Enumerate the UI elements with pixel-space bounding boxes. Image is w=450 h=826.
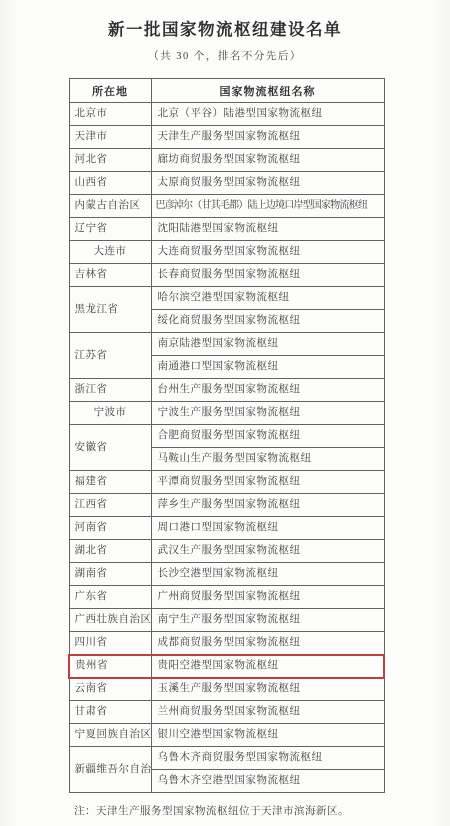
- table-row: 内蒙古自治区巴彦淖尔（甘其毛都）陆上边境口岸型国家物流枢纽: [69, 195, 384, 218]
- location-cell: 宁夏回族自治区: [69, 724, 151, 747]
- table-row: 北京市北京（平谷）陆港型国家物流枢纽: [69, 103, 384, 126]
- hub-table: 所在地 国家物流枢纽名称 北京市北京（平谷）陆港型国家物流枢纽天津市天津生产服务…: [68, 78, 385, 793]
- location-cell: 吉林省: [69, 264, 151, 287]
- hub-name-cell: 长沙空港型国家物流枢纽: [151, 563, 384, 586]
- hub-name-cell: 天津生产服务型国家物流枢纽: [151, 126, 384, 149]
- hub-name-cell: 南京陆港型国家物流枢纽: [151, 333, 384, 356]
- hub-name-cell: 沈阳陆港型国家物流枢纽: [151, 218, 384, 241]
- location-cell: 北京市: [69, 103, 151, 126]
- location-cell: 新疆维吾尔自治区: [69, 747, 151, 793]
- location-cell: 福建省: [69, 471, 151, 494]
- hub-name-cell: 南宁生产服务型国家物流枢纽: [151, 609, 384, 632]
- hub-name-cell: 哈尔滨空港型国家物流枢纽: [151, 287, 384, 310]
- hub-name-cell: 萍乡生产服务型国家物流枢纽: [151, 494, 384, 517]
- hub-name-cell: 乌鲁木齐空港型国家物流枢纽: [151, 770, 384, 793]
- hub-name-cell: 平潭商贸服务型国家物流枢纽: [151, 471, 384, 494]
- location-cell: 甘肃省: [69, 701, 151, 724]
- column-header-location: 所在地: [69, 79, 151, 103]
- hub-name-cell: 成都商贸服务型国家物流枢纽: [151, 632, 384, 655]
- table-row: 云南省玉溪生产服务型国家物流枢纽: [69, 678, 384, 701]
- table-row: 安徽省合肥商贸服务型国家物流枢纽: [69, 425, 384, 448]
- location-cell: 辽宁省: [69, 218, 151, 241]
- location-cell: 湖南省: [69, 563, 151, 586]
- location-cell: 天津市: [69, 126, 151, 149]
- location-cell: 河南省: [69, 517, 151, 540]
- table-row: 辽宁省沈阳陆港型国家物流枢纽: [69, 218, 384, 241]
- hub-name-cell: 廊坊商贸服务型国家物流枢纽: [151, 149, 384, 172]
- location-cell: 宁波市: [69, 402, 151, 425]
- table-row: 湖北省武汉生产服务型国家物流枢纽: [69, 540, 384, 563]
- table-row: 河北省廊坊商贸服务型国家物流枢纽: [69, 149, 384, 172]
- document-page: 新一批国家物流枢纽建设名单 （共 30 个，排名不分先后） 所在地 国家物流枢纽…: [0, 0, 450, 826]
- location-cell: 云南省: [69, 678, 151, 701]
- hub-name-cell: 大连商贸服务型国家物流枢纽: [151, 241, 384, 264]
- hub-name-cell: 长春商贸服务型国家物流枢纽: [151, 264, 384, 287]
- location-cell: 湖北省: [69, 540, 151, 563]
- table-row: 大连市大连商贸服务型国家物流枢纽: [69, 241, 384, 264]
- table-row: 河南省周口港口型国家物流枢纽: [69, 517, 384, 540]
- location-cell: 广西壮族自治区: [69, 609, 151, 632]
- hub-table-body: 北京市北京（平谷）陆港型国家物流枢纽天津市天津生产服务型国家物流枢纽河北省廊坊商…: [69, 103, 384, 793]
- hub-name-cell: 玉溪生产服务型国家物流枢纽: [151, 678, 384, 701]
- location-cell: 内蒙古自治区: [69, 195, 151, 218]
- hub-name-cell: 乌鲁木齐商贸服务型国家物流枢纽: [151, 747, 384, 770]
- table-row: 天津市天津生产服务型国家物流枢纽: [69, 126, 384, 149]
- column-header-hub-name: 国家物流枢纽名称: [151, 79, 384, 103]
- location-cell: 安徽省: [69, 425, 151, 471]
- location-cell: 山西省: [69, 172, 151, 195]
- table-row: 贵州省贵阳空港型国家物流枢纽: [69, 655, 384, 678]
- hub-name-cell: 巴彦淖尔（甘其毛都）陆上边境口岸型国家物流枢纽: [151, 195, 384, 218]
- hub-name-cell: 南通港口型国家物流枢纽: [151, 356, 384, 379]
- page-subtitle: （共 30 个，排名不分先后）: [0, 50, 450, 64]
- table-row: 福建省平潭商贸服务型国家物流枢纽: [69, 471, 384, 494]
- footnote: 注：天津生产服务型国家物流枢纽位于天津市滨海新区。: [74, 805, 450, 819]
- hub-name-cell: 太原商贸服务型国家物流枢纽: [151, 172, 384, 195]
- hub-name-cell: 周口港口型国家物流枢纽: [151, 517, 384, 540]
- table-row: 广东省广州商贸服务型国家物流枢纽: [69, 586, 384, 609]
- hub-name-cell: 北京（平谷）陆港型国家物流枢纽: [151, 103, 384, 126]
- table-row: 江苏省南京陆港型国家物流枢纽: [69, 333, 384, 356]
- table-row: 吉林省长春商贸服务型国家物流枢纽: [69, 264, 384, 287]
- location-cell: 河北省: [69, 149, 151, 172]
- location-cell: 四川省: [69, 632, 151, 655]
- table-row: 宁夏回族自治区银川空港型国家物流枢纽: [69, 724, 384, 747]
- page-title: 新一批国家物流枢纽建设名单: [0, 19, 450, 41]
- hub-name-cell: 银川空港型国家物流枢纽: [151, 724, 384, 747]
- hub-name-cell: 绥化商贸服务型国家物流枢纽: [151, 310, 384, 333]
- table-row: 甘肃省兰州商贸服务型国家物流枢纽: [69, 701, 384, 724]
- hub-name-cell: 武汉生产服务型国家物流枢纽: [151, 540, 384, 563]
- location-cell: 贵州省: [69, 655, 151, 678]
- location-cell: 广东省: [69, 586, 151, 609]
- table-row: 黑龙江省哈尔滨空港型国家物流枢纽: [69, 287, 384, 310]
- location-cell: 浙江省: [69, 379, 151, 402]
- table-row: 江西省萍乡生产服务型国家物流枢纽: [69, 494, 384, 517]
- location-cell: 江苏省: [69, 333, 151, 379]
- hub-name-cell: 马鞍山生产服务型国家物流枢纽: [151, 448, 384, 471]
- hub-name-cell: 贵阳空港型国家物流枢纽: [151, 655, 384, 678]
- table-row: 湖南省长沙空港型国家物流枢纽: [69, 563, 384, 586]
- hub-name-cell: 兰州商贸服务型国家物流枢纽: [151, 701, 384, 724]
- table-row: 浙江省台州生产服务型国家物流枢纽: [69, 379, 384, 402]
- location-cell: 江西省: [69, 494, 151, 517]
- table-row: 广西壮族自治区南宁生产服务型国家物流枢纽: [69, 609, 384, 632]
- location-cell: 黑龙江省: [69, 287, 151, 333]
- table-row: 山西省太原商贸服务型国家物流枢纽: [69, 172, 384, 195]
- hub-name-cell: 宁波生产服务型国家物流枢纽: [151, 402, 384, 425]
- table-row: 宁波市宁波生产服务型国家物流枢纽: [69, 402, 384, 425]
- hub-name-cell: 广州商贸服务型国家物流枢纽: [151, 586, 384, 609]
- hub-name-cell: 合肥商贸服务型国家物流枢纽: [151, 425, 384, 448]
- location-cell: 大连市: [69, 241, 151, 264]
- table-row: 新疆维吾尔自治区乌鲁木齐商贸服务型国家物流枢纽: [69, 747, 384, 770]
- table-row: 四川省成都商贸服务型国家物流枢纽: [69, 632, 384, 655]
- table-header-row: 所在地 国家物流枢纽名称: [69, 79, 384, 103]
- hub-name-cell: 台州生产服务型国家物流枢纽: [151, 379, 384, 402]
